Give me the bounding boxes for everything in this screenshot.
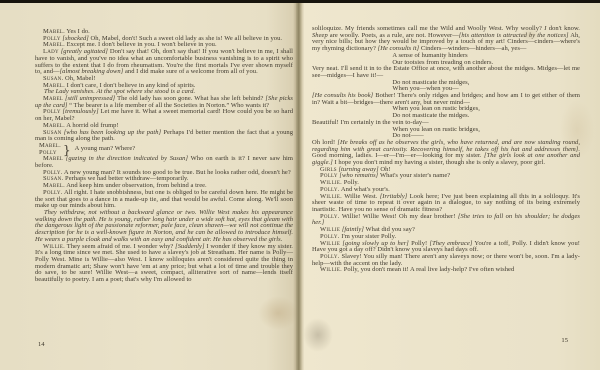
right-page-number: 15 [561, 337, 568, 344]
speech-paragraph: Willie. They seem afraid of me. I wonder… [35, 244, 293, 284]
dialogue-text: Slavey! You silly man! There aren't any … [312, 253, 580, 267]
speech-continuation: [He consults his book] Bother! There's o… [312, 93, 580, 106]
inline-stage-direction: [He breaks off as he observes the girls,… [312, 139, 580, 153]
dialogue-text: Willie! Willie West! Oh my dear brother! [340, 213, 458, 220]
speech-paragraph: Polly. Slavey! You silly man! There aren… [312, 254, 580, 267]
speech-paragraph: Lady [greatly agitated] Don't say that! … [35, 49, 293, 76]
book-spread: Mabel. Yes I do.Polly [shocked] Oh, Mabe… [0, 3, 600, 370]
speech-continuation: soliloquize. My friends sometimes call m… [312, 26, 580, 53]
verse-couplet: When you lean on rustic bridges,Do not—— [392, 127, 580, 140]
dialogue-text: Polly, you don't mean it! A real live la… [342, 266, 514, 273]
speech-paragraph: Polly. Willie! Willie West! Oh my dear b… [312, 214, 580, 227]
speaker-name: Willie. [320, 266, 342, 273]
speech-paragraph: Polly [tremulously] Let me have it. What… [35, 109, 293, 122]
speech-paragraph: Willie. Polly, you don't mean it! A real… [312, 267, 580, 274]
inline-stage-direction: They withdraw, not without a backward gl… [35, 209, 293, 243]
verse-couplet: When you lean on rustic bridges,Do not m… [392, 106, 580, 119]
dialogue-text: Beautiful! I'm certainly in the vein to-… [312, 119, 429, 126]
stage-direction: They withdraw, not without a backward gl… [35, 210, 293, 244]
speech-paragraph: Polly. All right. I hate snobbishness, b… [35, 190, 293, 210]
brace-glyph: } [63, 144, 71, 156]
speech-paragraph: Susan [who has been looking up the path]… [35, 130, 293, 143]
dialogue-text: A young man? Where? [73, 146, 136, 153]
open-book-scan: Mabel. Yes I do.Polly [shocked] Oh, Mabe… [0, 0, 600, 370]
speech-continuation: Very neat. I'll send it in to the Estate… [312, 66, 580, 79]
dual-speaker-names: Mabel.Polly [39, 143, 61, 156]
inline-stage-direction: [gazing in the direction indicated by Su… [63, 155, 188, 162]
dual-speech-line: Mabel.Polly}A young man? Where? [39, 143, 293, 156]
verse-couplet: Do not masticate the midges,When you—whe… [392, 80, 580, 93]
dialogue-text: All right. I hate snobbishness, but one … [35, 189, 293, 209]
left-page-number: 14 [38, 341, 45, 348]
book-gutter [296, 3, 304, 370]
book-page-right: soliloquize. My friends sometimes call m… [304, 3, 600, 370]
dialogue-text: and I did make sure of a welcome from al… [123, 68, 257, 75]
left-page-text: Mabel. Yes I do.Polly [shocked] Oh, Mabe… [35, 29, 293, 284]
speech-paragraph: Mabel [gazing in the direction indicated… [35, 156, 293, 169]
dialogue-text: What's your sister's name? [380, 172, 450, 179]
dialogue-text: I wonder if they know my sister. It's a … [35, 243, 293, 284]
verse-couplet: A sense of humanity hindersOur tootsies … [392, 53, 580, 66]
speech-paragraph: Willie. Willie West. [Irritably] Look he… [312, 194, 580, 214]
speech-continuation: Oh lord! [He breaks off as he observes t… [312, 140, 580, 167]
speech-paragraph: Mabel [still unimpressed] The old lady h… [35, 96, 293, 109]
dialogue-text: Very neat. I'll send it in to the Estate… [312, 65, 580, 79]
speech-paragraph: Willie [going slowly up to her] Polly! [… [312, 241, 580, 254]
right-page-text: soliloquize. My friends sometimes call m… [312, 26, 580, 274]
book-page-left: Mabel. Yes I do.Polly [shocked] Oh, Mabe… [0, 3, 296, 370]
